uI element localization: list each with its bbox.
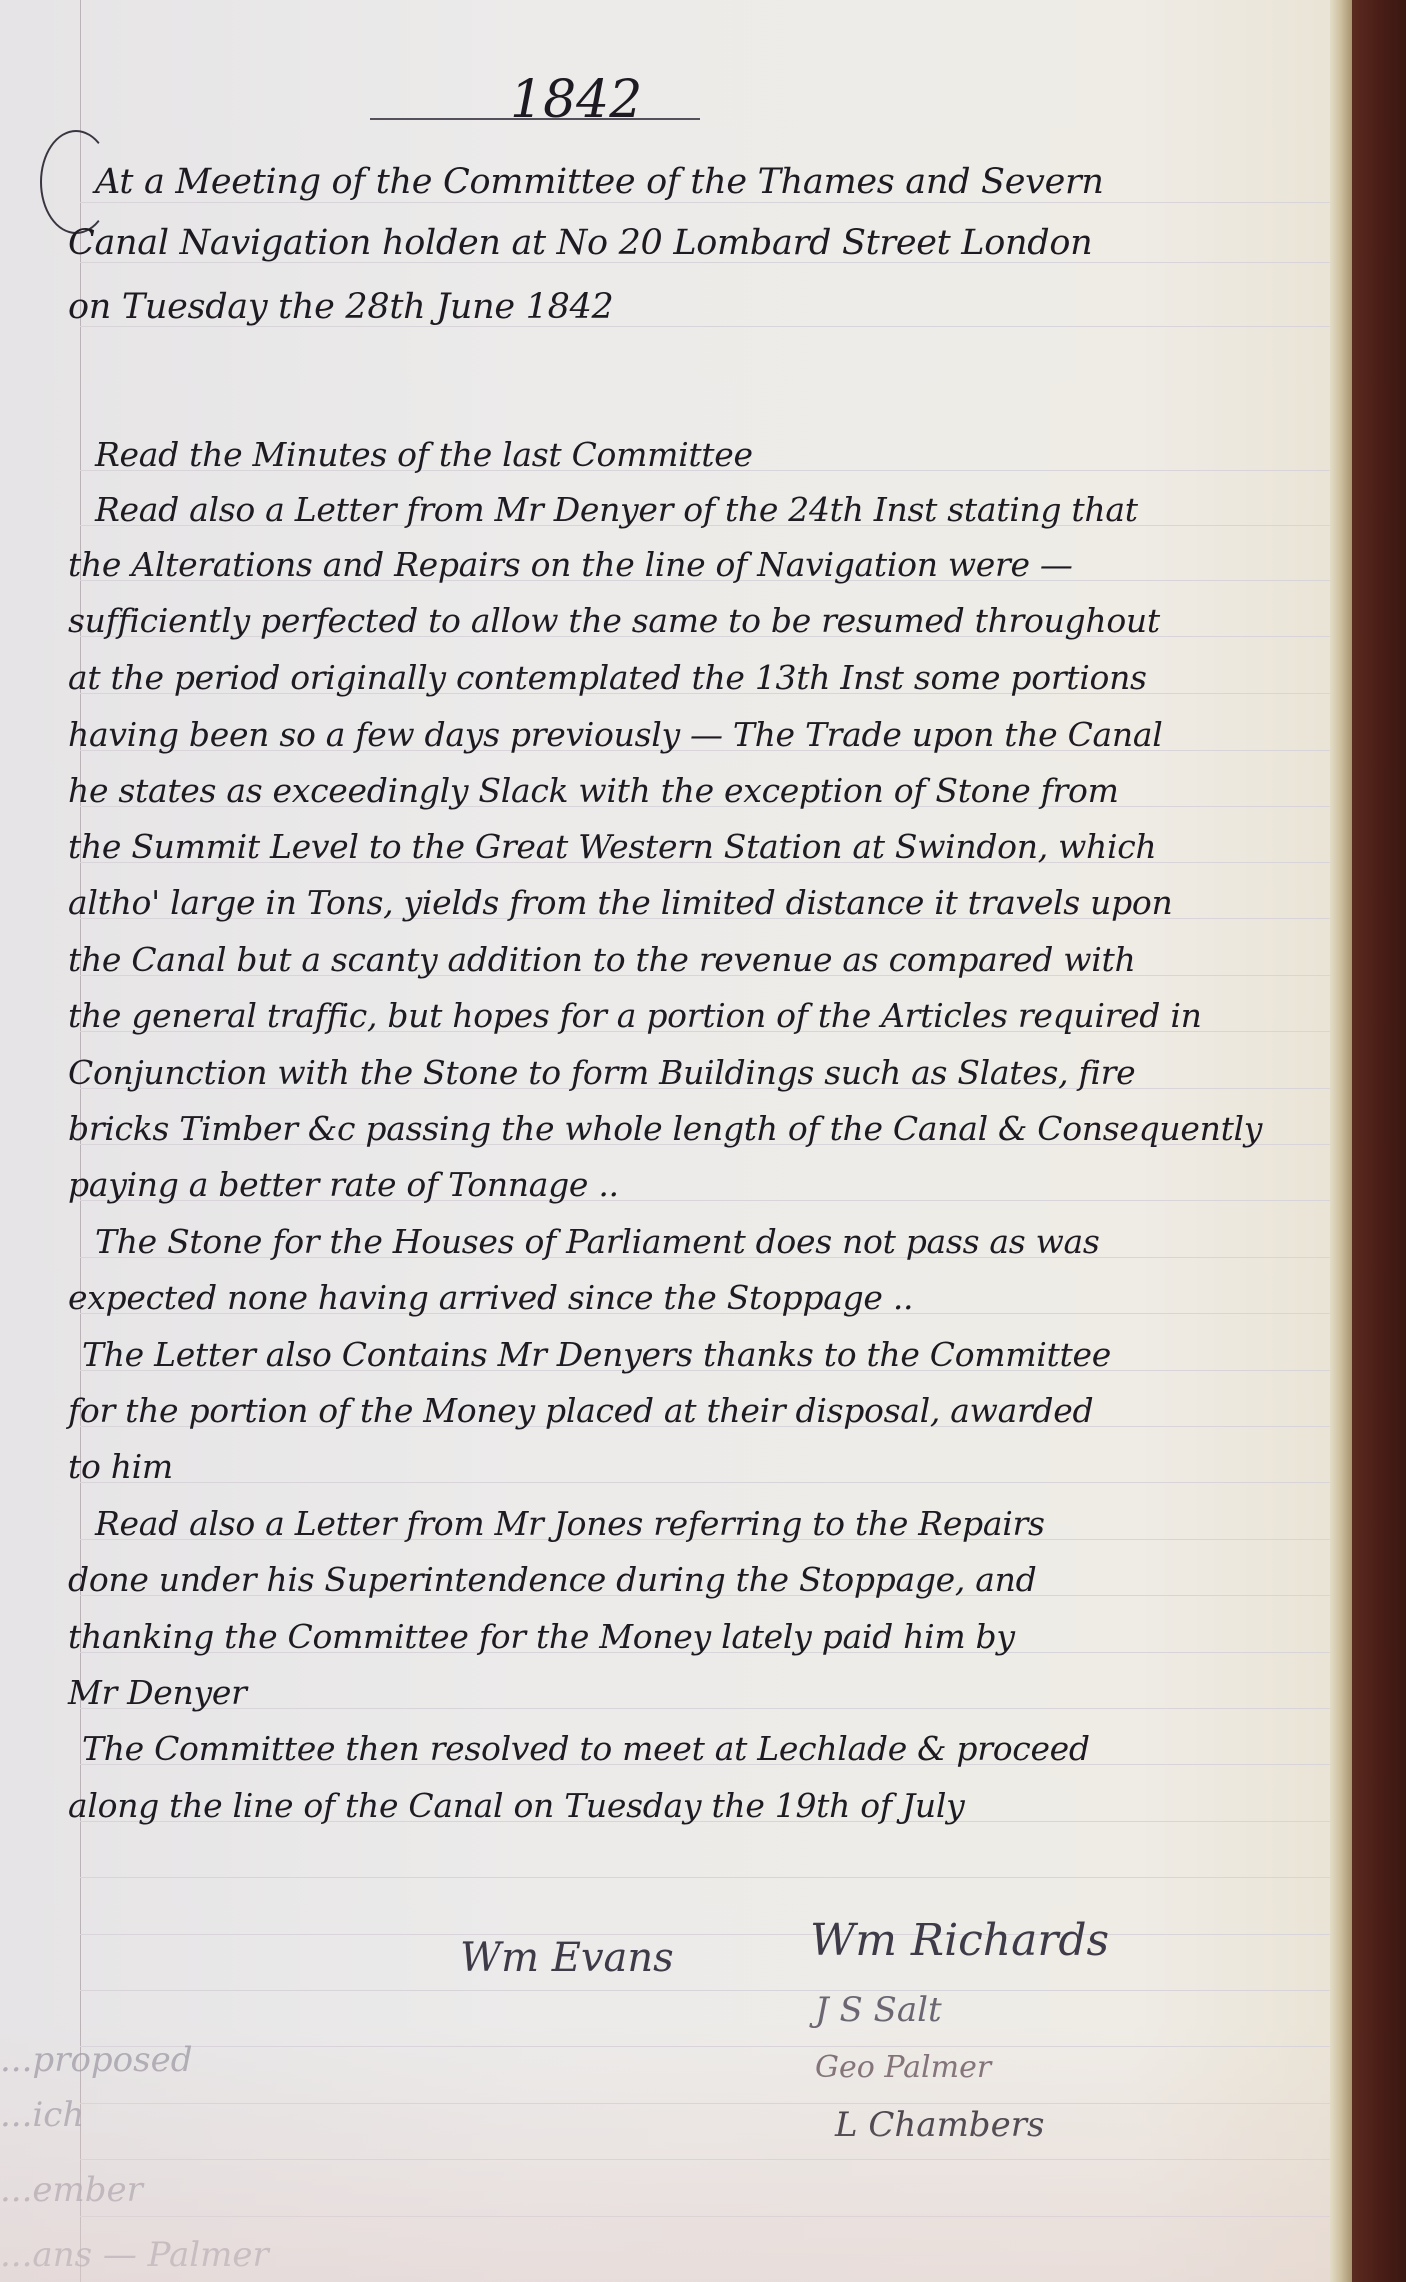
- minute-line: altho' large in Tons, yields from the li…: [68, 886, 1172, 919]
- minute-line: thanking the Committee for the Money lat…: [68, 1620, 1015, 1653]
- ruled-line: [80, 1934, 1330, 1935]
- minute-line: Read the Minutes of the last Committee: [95, 438, 753, 471]
- header-line: Canal Navigation holden at No 20 Lombard…: [68, 226, 1092, 261]
- signature: Wm Evans: [460, 1935, 674, 1981]
- minute-line: Read also a Letter from Mr Denyer of the…: [95, 493, 1138, 526]
- minute-line: the Canal but a scanty addition to the r…: [68, 943, 1135, 976]
- ruled-line: [80, 1708, 1330, 1709]
- minute-line: done under his Superintendence during th…: [68, 1563, 1036, 1596]
- minute-line: Read also a Letter from Mr Jones referri…: [95, 1507, 1045, 1540]
- minute-line: at the period originally contemplated th…: [68, 661, 1147, 694]
- minute-line: paying a better rate of Tonnage ..: [68, 1168, 619, 1201]
- year-heading: 1842: [510, 70, 642, 130]
- minute-line: the Summit Level to the Great Western St…: [68, 830, 1156, 863]
- minute-line: expected none having arrived since the S…: [68, 1281, 913, 1314]
- minute-line: bricks Timber &c passing the whole lengt…: [68, 1112, 1262, 1145]
- minute-line: the general traffic, but hopes for a por…: [68, 999, 1202, 1032]
- minute-line: the Alterations and Repairs on the line …: [68, 548, 1073, 581]
- ruled-line: [80, 202, 1330, 203]
- minute-line: to him: [68, 1450, 173, 1483]
- minute-line: Mr Denyer: [68, 1676, 247, 1709]
- minute-line: The Letter also Contains Mr Denyers than…: [82, 1338, 1111, 1371]
- paper-discoloration: [0, 2022, 1330, 2282]
- minute-line: along the line of the Canal on Tuesday t…: [68, 1789, 964, 1822]
- ruled-line: [80, 1482, 1330, 1483]
- ruled-line: [80, 1990, 1330, 1991]
- signature: Wm Richards: [810, 1915, 1109, 1966]
- ruled-line: [80, 1877, 1330, 1878]
- minute-line: Conjunction with the Stone to form Build…: [68, 1056, 1135, 1089]
- minute-line: for the portion of the Money placed at t…: [68, 1394, 1093, 1427]
- minute-line: he states as exceedingly Slack with the …: [68, 774, 1119, 807]
- header-line: At a Meeting of the Committee of the Tha…: [95, 165, 1104, 200]
- minute-line: The Stone for the Houses of Parliament d…: [95, 1225, 1100, 1258]
- book-binding: [1352, 0, 1406, 2282]
- minute-line: The Committee then resolved to meet at L…: [82, 1732, 1090, 1765]
- page-fore-edge: [1330, 0, 1352, 2282]
- header-line: on Tuesday the 28th June 1842: [68, 290, 614, 325]
- minute-line: sufficiently perfected to allow the same…: [68, 604, 1160, 637]
- ledger-page: 1842 At a Meeting of the Committee of th…: [0, 0, 1330, 2282]
- minute-line: having been so a few days previously — T…: [68, 718, 1163, 751]
